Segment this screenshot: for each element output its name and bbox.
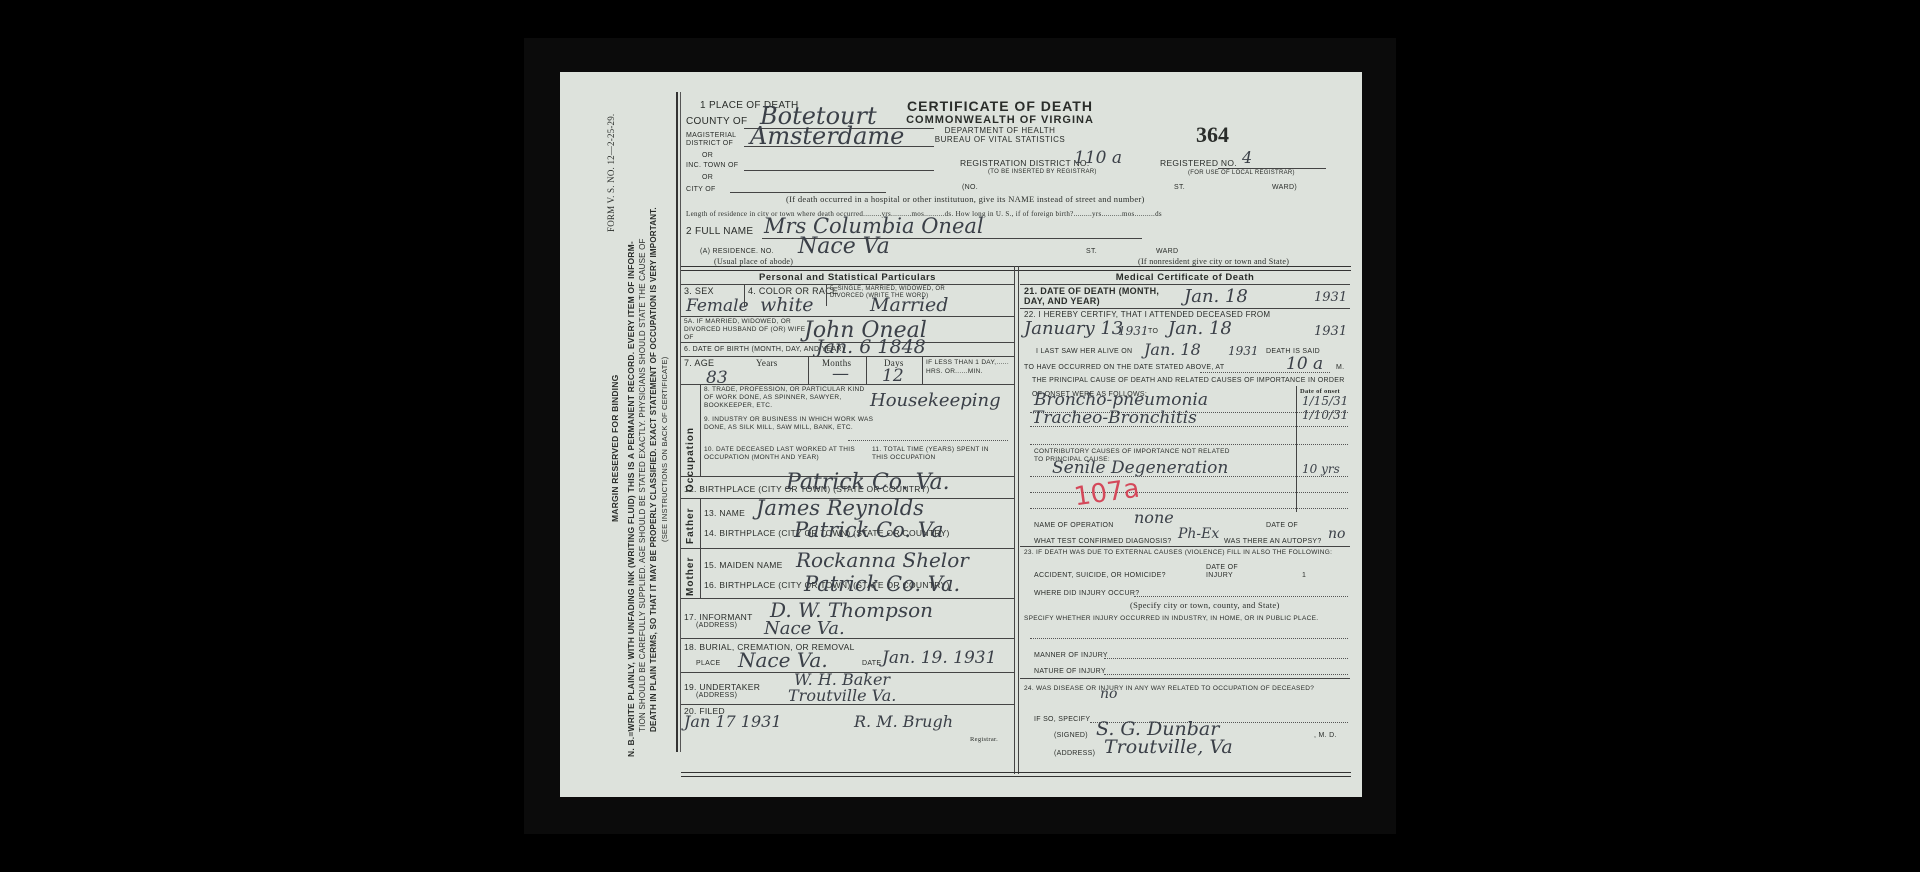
ward-label: Ward) bbox=[1272, 184, 1297, 191]
registrar-signature: R. M. Brugh bbox=[854, 712, 953, 731]
father-tab: Father bbox=[685, 507, 696, 544]
rule bbox=[681, 384, 1014, 385]
nonresident-note: (If nonresident give city or town and St… bbox=[1138, 257, 1289, 266]
or-text: or bbox=[702, 174, 713, 181]
dotted-line bbox=[1030, 638, 1348, 639]
operation-date-label: Date of bbox=[1266, 522, 1298, 529]
undertaker-label: 19. Undertaker bbox=[684, 682, 760, 692]
red-annotation: 107a bbox=[1072, 474, 1141, 513]
cause-1: Broncho-pneumonia bbox=[1034, 390, 1208, 410]
occupation-related-value: no bbox=[1100, 686, 1117, 702]
registration-district-value: 110 a bbox=[1074, 148, 1122, 168]
father-name-label: 13. Name bbox=[704, 508, 745, 518]
column-divider bbox=[1014, 266, 1015, 774]
age-label: 7. Age bbox=[684, 358, 714, 368]
physician-address: Troutville, Va bbox=[1104, 736, 1233, 758]
rule bbox=[922, 356, 923, 384]
autopsy-value: no bbox=[1328, 526, 1345, 542]
res-st-label: St. bbox=[1086, 248, 1097, 255]
age-months: — bbox=[832, 364, 849, 384]
where-label: Where did injury occur? bbox=[1034, 590, 1139, 597]
registered-note: (For use of local registrar) bbox=[1188, 170, 1295, 176]
cause-1-onset: 1/15/31 bbox=[1302, 394, 1348, 408]
trade-label: 8. Trade, profession, or particular kind… bbox=[704, 386, 874, 410]
form-number: Form V. S. No. 12—2-25-29. bbox=[606, 114, 616, 232]
marital-value: Married bbox=[870, 294, 948, 316]
time-of-death: 10 a bbox=[1286, 354, 1323, 374]
physician-address-label: (Address) bbox=[1054, 750, 1095, 757]
or-text: or bbox=[702, 152, 713, 159]
residence-label: (A) Residence. No. bbox=[700, 248, 774, 255]
rule bbox=[1020, 546, 1350, 547]
age-years: 83 bbox=[706, 368, 728, 388]
registered-no-value: 4 bbox=[1242, 148, 1252, 167]
less-than-label: If LESS than 1 day,...... hrs. or......m… bbox=[926, 358, 1014, 376]
sex-label: 3. Sex bbox=[684, 286, 714, 296]
rule bbox=[681, 284, 1014, 285]
if-so-label: If so, specify bbox=[1034, 716, 1090, 723]
last-saw-value: Jan. 18 bbox=[1144, 340, 1201, 359]
years-label: Years bbox=[756, 358, 778, 368]
margin-note: Margin Reserved for Binding bbox=[610, 375, 620, 522]
burial-date-label: Date bbox=[862, 660, 881, 667]
rule bbox=[681, 638, 1014, 639]
cause-2-onset: 1/10/31 bbox=[1302, 408, 1348, 422]
total-time-label: 11. Total time (years) spent in this occ… bbox=[872, 446, 1002, 462]
column-divider bbox=[1018, 266, 1019, 774]
rule bbox=[681, 316, 1014, 317]
father-name-value: James Reynolds bbox=[756, 496, 924, 520]
date-of-death-year: 1931 bbox=[1314, 290, 1347, 305]
rule bbox=[681, 356, 1014, 357]
attended-to: Jan. 18 bbox=[1168, 318, 1232, 339]
full-name-label: 2 Full Name bbox=[686, 226, 753, 237]
bureau: Bureau of Vital Statistics bbox=[880, 135, 1120, 144]
specify-label: Specify whether injury occurred in indus… bbox=[1024, 614, 1348, 623]
rule bbox=[744, 284, 745, 306]
accident-label: Accident, suicide, or homicide? bbox=[1034, 572, 1166, 579]
last-saw-year: 1931 bbox=[1228, 344, 1259, 358]
signed-label: (Signed) bbox=[1054, 732, 1088, 739]
frame-line bbox=[676, 92, 678, 752]
operation-label: Name of operation bbox=[1034, 522, 1114, 529]
filed-date: Jan 17 1931 bbox=[684, 712, 782, 731]
occurred-label: to have occurred on the date stated abov… bbox=[1024, 364, 1224, 371]
external-causes-label: 23. If death was due to external causes … bbox=[1024, 548, 1348, 557]
sex-value: Female bbox=[686, 296, 749, 316]
commonwealth-title: Commonwealth of Virgina bbox=[880, 114, 1120, 126]
rule bbox=[700, 384, 701, 476]
street-label: St. bbox=[1174, 184, 1185, 191]
burial-date-value: Jan. 19. 1931 bbox=[882, 648, 996, 668]
dob-value: Jan. 6 1848 bbox=[816, 336, 926, 358]
dotted-line bbox=[848, 440, 1008, 441]
informant-label: 17. Informant bbox=[684, 612, 753, 622]
residence-value: Nace Va bbox=[798, 234, 890, 259]
res-ward-label: Ward bbox=[1156, 248, 1178, 255]
certificate-number: 364 bbox=[1196, 122, 1229, 148]
binding-margin: Form V. S. No. 12—2-25-29. Margin Reserv… bbox=[560, 72, 678, 797]
to-label: to bbox=[1148, 328, 1158, 335]
dotted-line bbox=[1030, 444, 1348, 445]
injury-date-mark: 1 bbox=[1302, 572, 1306, 579]
instructions-line-3: death in plain terms, so that it may be … bbox=[649, 207, 658, 732]
undertaker-address-value: Troutville Va. bbox=[788, 686, 896, 705]
county-label: County of bbox=[686, 116, 747, 127]
attended-to-year: 1931 bbox=[1314, 324, 1347, 339]
test-value: Ph-Ex bbox=[1178, 526, 1219, 542]
instructions-line-2: tion should be carefully supplied. Age s… bbox=[638, 238, 647, 732]
residence-note: (Usual place of abode) bbox=[714, 257, 793, 266]
burial-place-label: Place bbox=[696, 660, 720, 667]
md-label: , M. D. bbox=[1314, 732, 1337, 739]
rule bbox=[866, 356, 867, 384]
rule bbox=[1020, 284, 1350, 285]
cause-2: Tracheo-Bronchitis bbox=[1032, 408, 1197, 428]
street-no-label: (No. bbox=[962, 184, 978, 191]
rule bbox=[1020, 308, 1350, 309]
hospital-note: (If death occurred in a hospital or othe… bbox=[786, 194, 1145, 204]
district-label: Magisterial District of bbox=[686, 132, 742, 148]
instructions-line-1: N. B.=Write plainly, with unfading ink (… bbox=[626, 241, 636, 757]
bottom-border bbox=[681, 772, 1351, 777]
attended-from-year: 1931 bbox=[1118, 324, 1149, 338]
frame-line bbox=[680, 92, 681, 752]
registrar-label: Registrar. bbox=[970, 736, 998, 743]
injury-date-label: Date of injury bbox=[1206, 564, 1246, 580]
test-label: What test confirmed diagnosis? bbox=[1034, 538, 1172, 545]
burial-place-value: Nace Va. bbox=[738, 648, 828, 672]
rule bbox=[700, 548, 701, 598]
last-saw-label: I last saw her alive on bbox=[1036, 348, 1132, 355]
rule bbox=[1296, 386, 1297, 512]
trade-value: Housekeeping bbox=[870, 390, 1001, 411]
date-of-death-label: 21. Date of Death (month, day, and year) bbox=[1024, 286, 1174, 306]
medical-header: Medical Certificate of Death bbox=[1020, 272, 1350, 283]
where-note: (Specify city or town, county, and State… bbox=[1130, 600, 1280, 610]
occupation-tab: Occupation bbox=[685, 427, 696, 492]
race-value: white bbox=[760, 294, 813, 316]
registered-line bbox=[1218, 168, 1326, 169]
spouse-label: 5a. If married, widowed, or divorced hus… bbox=[684, 318, 814, 342]
manner-label: Manner of injury bbox=[1034, 652, 1108, 659]
personal-header: Personal and Statistical Particulars bbox=[681, 272, 1014, 283]
contributory-onset: 10 yrs bbox=[1302, 462, 1340, 476]
dotted-line bbox=[1134, 596, 1348, 597]
rule bbox=[1020, 678, 1350, 679]
certificate-title: Certificate of Death bbox=[880, 98, 1120, 114]
town-line bbox=[744, 170, 934, 171]
dotted-line bbox=[1104, 658, 1348, 659]
mother-tab: Mother bbox=[685, 557, 696, 596]
last-worked-label: 10. Date deceased last worked at this oc… bbox=[704, 446, 864, 462]
town-label: Inc. Town of bbox=[686, 162, 738, 169]
registration-district-label: Registration District No. bbox=[960, 158, 1090, 168]
informant-address-label: (Address) bbox=[696, 622, 737, 629]
father-birthplace-value: Patrick Co. Va bbox=[794, 518, 944, 542]
attended-from: January 13 bbox=[1024, 318, 1123, 339]
age-days: 12 bbox=[882, 366, 904, 386]
department: Department of Health bbox=[880, 126, 1120, 135]
instructions-line-4: (See instructions on back of certificate… bbox=[660, 357, 669, 542]
mother-birthplace-value: Patrick Co. Va. bbox=[804, 572, 960, 596]
rule bbox=[681, 704, 1014, 705]
death-certificate: Form V. S. No. 12—2-25-29. Margin Reserv… bbox=[560, 72, 1362, 797]
rule bbox=[808, 356, 809, 384]
registration-note: (To be inserted by registrar) bbox=[988, 169, 1097, 175]
occupation-related-label: 24. Was disease or injury in any way rel… bbox=[1024, 682, 1348, 696]
dotted-line bbox=[1030, 426, 1348, 427]
rule bbox=[700, 498, 701, 548]
birthplace-value: Patrick Co. Va. bbox=[786, 470, 950, 495]
operation-value: none bbox=[1134, 508, 1174, 527]
mother-maiden-value: Rockanna Shelor bbox=[796, 548, 969, 572]
informant-address-value: Nace Va. bbox=[764, 618, 845, 639]
industry-label: 9. Industry or business in which work wa… bbox=[704, 416, 874, 432]
registered-no-label: Registered No. bbox=[1160, 158, 1237, 168]
certificate-title-block: Certificate of Death Commonwealth of Vir… bbox=[880, 98, 1120, 144]
autopsy-label: Was there an autopsy? bbox=[1224, 538, 1322, 545]
contributory-value: Senile Degeneration bbox=[1052, 458, 1228, 478]
city-line bbox=[730, 192, 886, 193]
date-of-death-value: Jan. 18 bbox=[1184, 286, 1248, 307]
mother-maiden-label: 15. Maiden Name bbox=[704, 560, 783, 570]
rule bbox=[826, 284, 827, 306]
nature-label: Nature of injury bbox=[1034, 668, 1106, 675]
dotted-line bbox=[1030, 476, 1348, 477]
time-suffix: m. bbox=[1336, 364, 1344, 371]
undertaker-address-label: (Address) bbox=[696, 692, 737, 699]
divider bbox=[681, 266, 1351, 271]
dotted-line bbox=[1104, 674, 1348, 675]
city-label: City of bbox=[686, 186, 716, 193]
